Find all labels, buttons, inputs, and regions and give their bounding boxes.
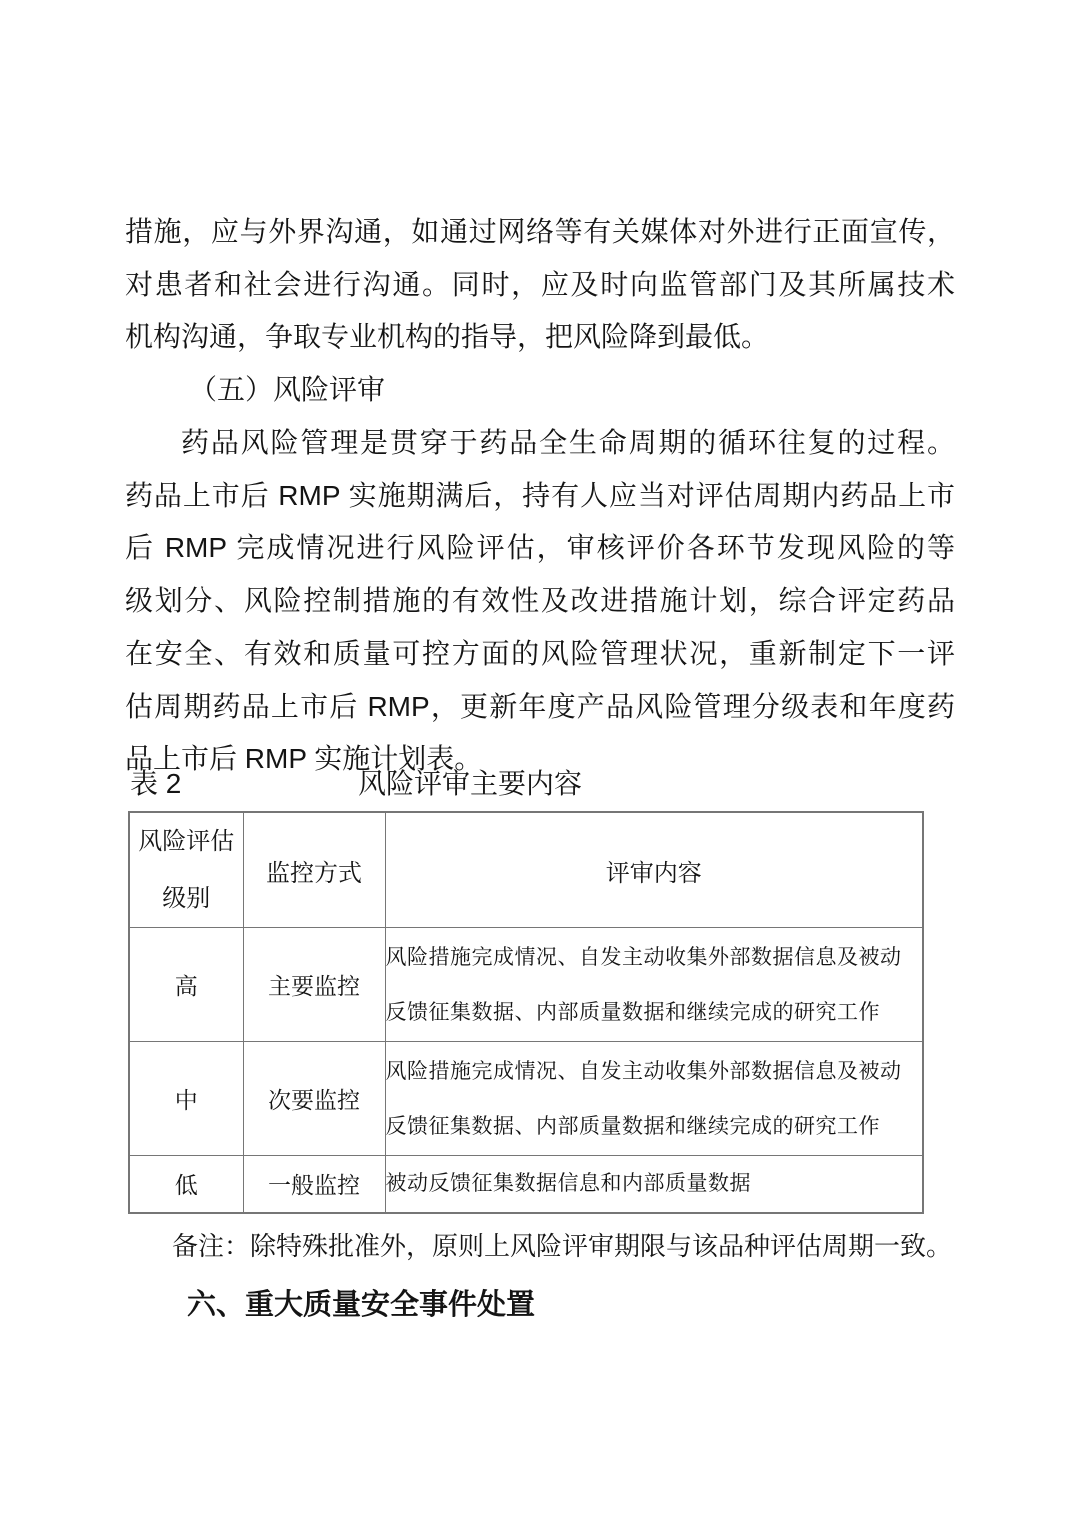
text-line: 反馈征集数据、内部质量数据和继续完成的研究工作 bbox=[386, 985, 923, 1040]
cell-level: 高 bbox=[129, 928, 243, 1042]
table-caption: 表 2 风险评审主要内容 bbox=[128, 761, 958, 806]
header-risk-level-line1: 风险评估 bbox=[130, 813, 243, 870]
table-note: 备注：除特殊批准外，原则上风险评审期限与该品种评估周期一致。 bbox=[172, 1224, 972, 1269]
section-heading-risk-review: （五）风险评审 bbox=[125, 364, 955, 417]
cell-monitor-mode: 次要监控 bbox=[243, 1042, 385, 1156]
table-row-high: 高 主要监控 风险措施完成情况、自发主动收集外部数据信息及被动 反馈征集数据、内… bbox=[129, 928, 923, 1042]
text-line: 级划分、风险控制措施的有效性及改进措施计划，综合评定药品 bbox=[125, 575, 955, 628]
text-line: 药品上市后 RMP 实施期满后，持有人应当对评估周期内药品上市 bbox=[125, 470, 955, 523]
cell-review-content: 被动反馈征集数据信息和内部质量数据 bbox=[385, 1156, 923, 1213]
cell-level: 中 bbox=[129, 1042, 243, 1156]
document-page: 措施，应与外界沟通，如通过网络等有关媒体对外进行正面宣传， 对患者和社会进行沟通… bbox=[0, 0, 1080, 1527]
paragraph-risk-communication: 措施，应与外界沟通，如通过网络等有关媒体对外进行正面宣传， 对患者和社会进行沟通… bbox=[125, 206, 955, 364]
cell-level: 低 bbox=[129, 1156, 243, 1213]
table-header-row: 风险评估 级别 监控方式 评审内容 bbox=[129, 812, 923, 928]
paragraph-risk-review: 药品风险管理是贯穿于药品全生命周期的循环往复的过程。 药品上市后 RMP 实施期… bbox=[125, 417, 955, 786]
text-line: 在安全、有效和质量可控方面的风险管理状况，重新制定下一评 bbox=[125, 628, 955, 681]
text-line: 药品风险管理是贯穿于药品全生命周期的循环往复的过程。 bbox=[125, 417, 955, 470]
cell-monitor-mode: 一般监控 bbox=[243, 1156, 385, 1213]
risk-review-table: 风险评估 级别 监控方式 评审内容 高 主要监控 风险措施完成情况、自发主动收集… bbox=[128, 811, 924, 1214]
table-row-low: 低 一般监控 被动反馈征集数据信息和内部质量数据 bbox=[129, 1156, 923, 1213]
text-line: 后 RMP 完成情况进行风险评估，审核评价各环节发现风险的等 bbox=[125, 522, 955, 575]
text-line: 估周期药品上市后 RMP，更新年度产品风险管理分级表和年度药 bbox=[125, 681, 955, 734]
header-risk-level: 风险评估 级别 bbox=[129, 812, 243, 928]
header-review-content: 评审内容 bbox=[385, 812, 923, 928]
cell-review-content: 风险措施完成情况、自发主动收集外部数据信息及被动 反馈征集数据、内部质量数据和继… bbox=[385, 1042, 923, 1156]
text-line: 机构沟通，争取专业机构的指导，把风险降到最低。 bbox=[125, 311, 955, 364]
text-line: 风险措施完成情况、自发主动收集外部数据信息及被动 bbox=[386, 930, 923, 985]
text-line: 风险措施完成情况、自发主动收集外部数据信息及被动 bbox=[386, 1044, 923, 1099]
cell-monitor-mode: 主要监控 bbox=[243, 928, 385, 1042]
section-heading-major-quality-events: 六、重大质量安全事件处置 bbox=[125, 1282, 955, 1328]
cell-review-content: 风险措施完成情况、自发主动收集外部数据信息及被动 反馈征集数据、内部质量数据和继… bbox=[385, 928, 923, 1042]
header-risk-level-line2: 级别 bbox=[130, 870, 243, 927]
table-caption-title: 风险评审主要内容 bbox=[358, 761, 582, 806]
text-line: 反馈征集数据、内部质量数据和继续完成的研究工作 bbox=[386, 1099, 923, 1154]
table-caption-label: 表 2 bbox=[130, 761, 181, 806]
text-line: 措施，应与外界沟通，如通过网络等有关媒体对外进行正面宣传， bbox=[125, 206, 955, 259]
table-row-medium: 中 次要监控 风险措施完成情况、自发主动收集外部数据信息及被动 反馈征集数据、内… bbox=[129, 1042, 923, 1156]
text-line: 被动反馈征集数据信息和内部质量数据 bbox=[386, 1157, 923, 1210]
header-monitor-mode: 监控方式 bbox=[243, 812, 385, 928]
text-line: 对患者和社会进行沟通。同时，应及时向监管部门及其所属技术 bbox=[125, 259, 955, 312]
